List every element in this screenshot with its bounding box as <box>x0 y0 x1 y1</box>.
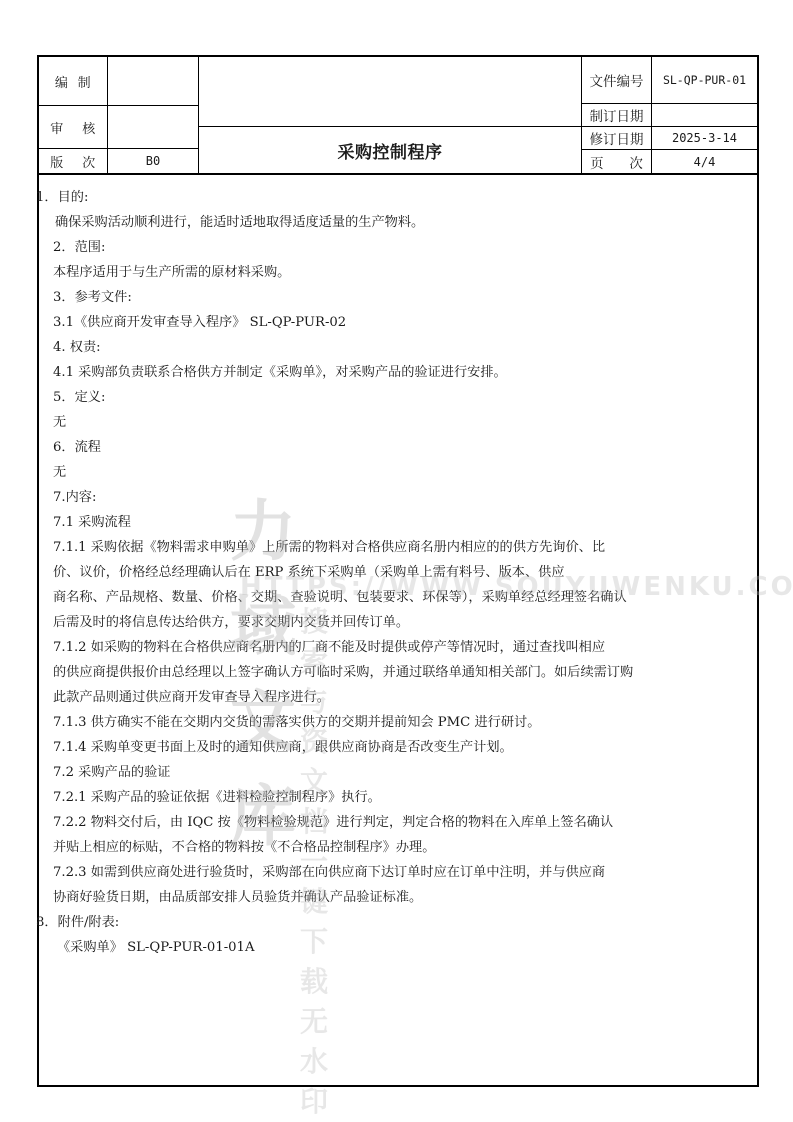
section-heading-content: 7.内容: <box>53 489 96 507</box>
attachment-item: 《采购单》 SL-QP-PUR-01-01A <box>57 939 254 957</box>
doc-number-label: 文件编号 <box>582 57 651 103</box>
paragraph: 确保采购活动顺利进行，能适时适地取得适度适量的生产物料。 <box>55 214 424 232</box>
document-title: 采购控制程序 <box>199 127 581 173</box>
document-header-table: 编 制 审 核 版 次 B0 采购控制程序 文件编号 SL-QP-PUR-01 … <box>39 57 757 175</box>
paragraph: 7.1.4 采购单变更书面上及时的通知供应商，跟供应商协商是否改变生产计划。 <box>53 739 513 757</box>
paragraph: 商名称、产品规格、数量、价格、交期、查验说明、包装要求、环保等），采购单经总经理… <box>53 589 627 607</box>
reviewed-by-value <box>108 106 198 148</box>
paragraph: 无 <box>53 464 66 482</box>
revised-date-label: 修订日期 <box>582 127 651 149</box>
created-date-label: 制订日期 <box>582 104 651 126</box>
created-date-value <box>652 104 757 126</box>
paragraph: 7.2.1 采购产品的验证依据《进料检验控制程序》执行。 <box>53 789 381 807</box>
revised-date-value: 2025-3-14 <box>652 127 757 149</box>
paragraph: 的供应商提供报价由总经理以上签字确认方可临时采购，并通过联络单通知相关部门。如后… <box>53 664 633 682</box>
prepared-by-label: 编 制 <box>39 57 107 105</box>
paragraph: 价、议价，价格经总经理确认后在 ERP 系统下采购单（采购单上需有料号、版本、供… <box>53 564 565 582</box>
section-heading-definitions: 5．定义: <box>53 389 105 407</box>
paragraph: 3.1《供应商开发审查导入程序》 SL-QP-PUR-02 <box>53 314 346 332</box>
paragraph: 7.1.3 供方确实不能在交期内交货的需落实供方的交期并提前知会 PMC 进行研… <box>53 714 540 732</box>
document-page: 编 制 审 核 版 次 B0 采购控制程序 文件编号 SL-QP-PUR-01 … <box>37 55 759 1087</box>
version-label: 版 次 <box>39 149 107 173</box>
paragraph: 7.2.3 如需到供应商处进行验货时，采购部在向供应商下达订单时应在订单中注明，… <box>53 864 605 882</box>
paragraph: 无 <box>53 414 66 432</box>
paragraph: 7.1.1 采购依据《物料需求申购单》上所需的物料对合格供应商名册内相应的的供方… <box>53 539 605 557</box>
paragraph: 7.2.2 物料交付后，由 IQC 按《物料检验规范》进行判定，判定合格的物料在… <box>53 814 613 832</box>
section-heading-process: 6．流程 <box>53 439 101 457</box>
paragraph: 4.1 采购部负责联系合格供方并制定《采购单》，对采购产品的验证进行安排。 <box>53 364 507 382</box>
paragraph: 协商好验货日期，由品质部安排人员验货并确认产品验证标准。 <box>53 889 422 907</box>
paragraph: 本程序适用于与生产所需的原材料采购。 <box>53 264 290 282</box>
page-label: 页 次 <box>582 150 651 173</box>
section-heading-scope: 2．范围: <box>53 239 105 257</box>
page-value: 4/4 <box>652 150 757 173</box>
prepared-by-value <box>108 57 198 105</box>
section-heading-references: 3．参考文件: <box>53 289 132 307</box>
section-heading-purpose: 1．目的: <box>36 189 88 207</box>
subsection-heading: 7.2 采购产品的验证 <box>53 764 170 782</box>
section-heading-responsibilities: 4. 权责: <box>53 339 101 357</box>
doc-number-value: SL-QP-PUR-01 <box>652 57 757 103</box>
reviewed-by-label: 审 核 <box>39 106 107 148</box>
paragraph: 此款产品则通过供应商开发审查导入程序进行。 <box>53 689 330 707</box>
paragraph: 7.1.2 如采购的物料在合格供应商名册内的厂商不能及时提供或停产等情况时，通过… <box>53 639 605 657</box>
paragraph: 后需及时的将信息传达给供方，要求交期内交货并回传订单。 <box>53 614 409 632</box>
subsection-heading: 7.1 采购流程 <box>53 514 131 532</box>
version-value: B0 <box>108 149 198 173</box>
section-heading-attachments: 8．附件/附表: <box>36 914 119 932</box>
paragraph: 并贴上相应的标贴，不合格的物料按《不合格品控制程序》办理。 <box>53 839 435 857</box>
